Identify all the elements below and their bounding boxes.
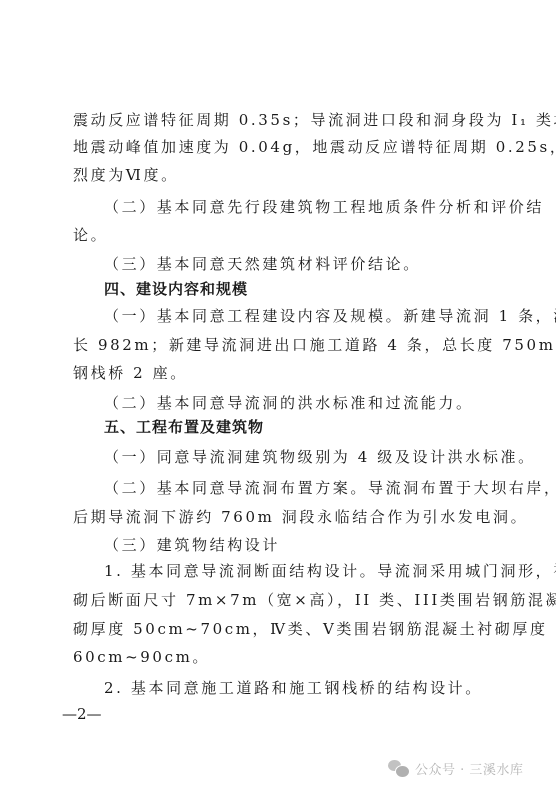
text-line: （二）基本同意导流洞的洪水标准和过流能力。 xyxy=(104,391,489,415)
text-line: （三）基本同意天然建筑材料评价结论。 xyxy=(104,252,489,276)
text-line: 后期导流洞下游约 760m 洞段永临结合作为引水发电洞。 xyxy=(73,505,489,529)
text-line: 震动反应谱特征周期 0.35s；导流洞进口段和洞身段为 I₁ 类场地， xyxy=(73,108,489,132)
section-heading: 五、工程布置及建筑物 xyxy=(104,415,489,439)
text-line: 砌厚度 50cm~70cm，Ⅳ类、Ⅴ类围岩钢筋混凝土衬砌厚度 xyxy=(73,617,489,641)
text-line: （一）基本同意工程建设内容及规模。新建导流洞 1 条，洞 xyxy=(104,304,489,328)
text-line: （一）同意导流洞建筑物级别为 4 级及设计洪水标准。 xyxy=(104,445,489,469)
text-line: （二）基本同意导流洞布置方案。导流洞布置于大坝右岸， xyxy=(104,476,489,500)
text-line: 钢栈桥 2 座。 xyxy=(73,361,489,385)
wechat-icon xyxy=(388,759,410,777)
text-line: 60cm~90cm。 xyxy=(73,645,489,669)
text-line: 砌后断面尺寸 7m×7m（宽×高），II 类、III类围岩钢筋混凝土衬 xyxy=(73,588,489,612)
text-line: 烈度为Ⅵ度。 xyxy=(73,163,489,187)
text-line: 1. 基本同意导流洞断面结构设计。导流洞采用城门洞形，衬 xyxy=(104,559,489,583)
text-line: （三）建筑物结构设计 xyxy=(104,533,489,557)
watermark-text: 公众号 · 三溪水库 xyxy=(415,759,523,778)
section-heading: 四、建设内容和规模 xyxy=(104,277,489,301)
page-number: —2— xyxy=(62,703,102,725)
document-page: 震动反应谱特征周期 0.35s；导流洞进口段和洞身段为 I₁ 类场地，地震动峰值… xyxy=(0,0,556,789)
text-line: 论。 xyxy=(73,223,489,247)
text-line: （二）基本同意先行段建筑物工程地质条件分析和评价结 xyxy=(104,195,489,219)
text-line: 地震动峰值加速度为 0.04g，地震动反应谱特征周期 0.25s，地震 xyxy=(73,135,489,159)
watermark: 公众号 · 三溪水库 xyxy=(388,757,523,779)
text-line: 长 982m；新建导流洞进出口施工道路 4 条，总长度 750m，施工 xyxy=(73,333,489,357)
text-line: 2. 基本同意施工道路和施工钢栈桥的结构设计。 xyxy=(104,676,489,700)
